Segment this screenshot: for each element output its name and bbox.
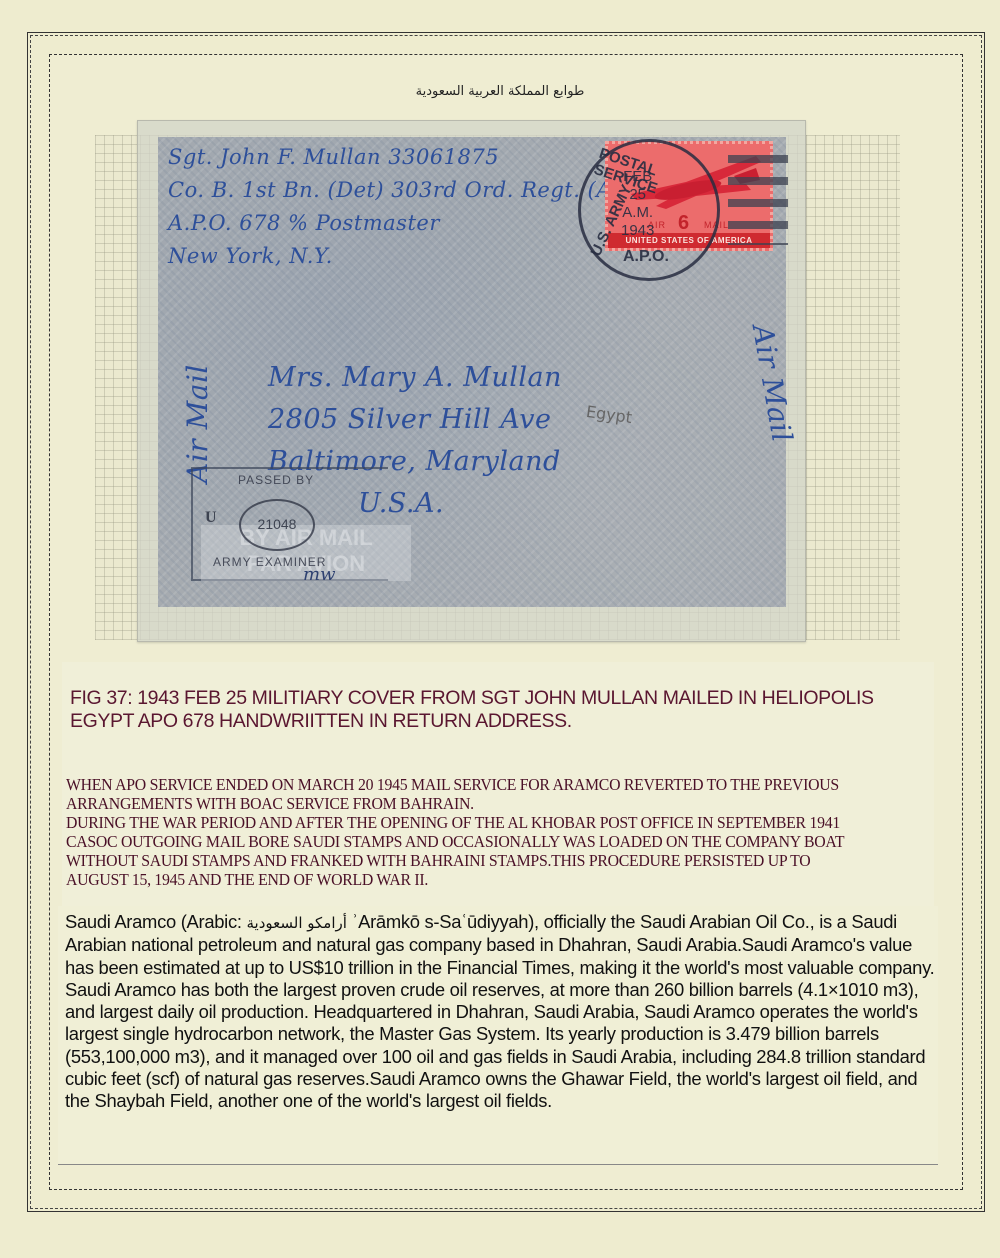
postmark-month: FEB	[621, 168, 654, 186]
censor-letter: U	[205, 509, 217, 527]
censor-handstamp: BY AIR MAIL PAR AVION PASSED BY U 21048 …	[191, 467, 388, 581]
return-address: Sgt. John F. Mullan 33061875 Co. B. 1st …	[168, 141, 625, 273]
info-arabic-name: أرامكو السعودية	[246, 914, 346, 932]
cancellation-bars	[728, 155, 788, 245]
page-header-arabic: طوابع المملكة العربية السعودية	[380, 84, 620, 99]
history-text: WHEN APO SERVICE ENDED ON MARCH 20 1945 …	[66, 775, 875, 889]
censor-passed-by: PASSED BY	[238, 473, 314, 487]
airmail-cover: Sgt. John F. Mullan 33061875 Co. B. 1st …	[158, 137, 786, 607]
postmark-day: 25	[621, 186, 654, 204]
censor-initials: mw	[303, 564, 335, 585]
postmark-year: 1943	[621, 222, 654, 240]
postmark-date: FEB 25 A.M. 1943	[621, 168, 654, 240]
info-intro: Saudi Aramco (Arabic:	[65, 911, 246, 932]
postmark-bottom-text: A.P.O.	[623, 248, 669, 266]
history-paragraph: WHEN APO SERVICE ENDED ON MARCH 20 1945 …	[66, 775, 875, 813]
pencil-note: Egypt	[585, 402, 633, 427]
history-paragraph: DURING THE WAR PERIOD AND AFTER THE OPEN…	[66, 813, 875, 889]
return-address-line: New York, N.Y.	[168, 240, 625, 273]
info-body: ʾArāmkō s-Saʿūdiyyah), officially the Sa…	[65, 911, 934, 1111]
recipient-address-line: 2805 Silver Hill Ave	[268, 399, 562, 441]
return-address-line: A.P.O. 678 % Postmaster	[168, 207, 625, 240]
aramco-info-text: Saudi Aramco (Arabic: أرامكو السعودية ʾA…	[65, 911, 945, 1113]
return-address-line: Co. B. 1st Bn. (Det) 303rd Ord. Regt. (A…	[168, 174, 625, 207]
air-mail-annotation-left: Air Mail	[181, 364, 214, 483]
postmark-time: A.M.	[621, 204, 654, 222]
postmark: POSTAL SERVICE U.S. ARMY A.P.O. FEB 25 A…	[578, 139, 720, 281]
figure-caption: FIG 37: 1943 FEB 25 MILITIARY COVER FROM…	[70, 687, 930, 733]
return-address-line: Sgt. John F. Mullan 33061875	[168, 141, 625, 174]
censor-number: 21048	[239, 499, 315, 551]
recipient-address-line: Mrs. Mary A. Mullan	[268, 357, 562, 399]
